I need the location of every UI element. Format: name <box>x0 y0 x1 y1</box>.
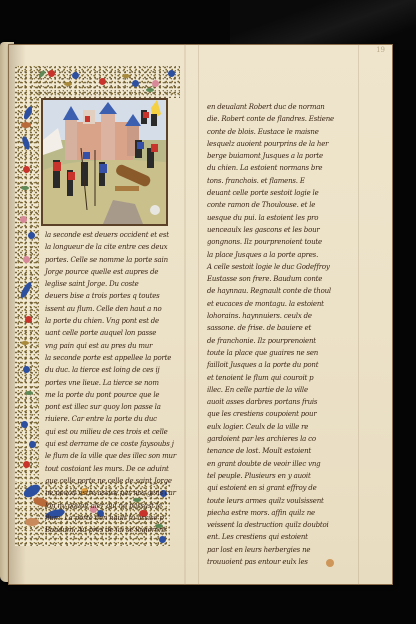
text-line: uant celle porte auquel lon passe <box>45 327 185 339</box>
siege-miniature-illustration <box>41 98 168 226</box>
text-line: en grant doubte de veoir illec vng <box>207 458 349 470</box>
blue-flower-icon <box>132 80 139 87</box>
text-line: par lost en leurs herbergies ne <box>207 544 349 556</box>
text-line: qui est ou milieu de ces trois et celle <box>45 426 185 438</box>
text-line: que les crestiens coupoient pour <box>207 408 349 420</box>
text-line: uesque du pui. la estoient les pro <box>207 212 349 224</box>
text-line: riuiere. Car entre la porte du duc <box>45 413 185 425</box>
text-line: Jorge pource quelle est aupres de <box>45 266 185 278</box>
text-line: la longueur de la cite entre ces deux <box>45 241 185 253</box>
leaf-icon <box>64 82 72 86</box>
text-line: tel peuple. Plusieurs en y auoit <box>207 470 349 482</box>
text-line: eulx logier. Ceulx de la ville re <box>207 421 349 433</box>
blue-flower-icon <box>28 232 35 239</box>
red-flower-icon <box>48 70 55 77</box>
text-line: ent. Les crestiens qui estoient <box>207 531 349 543</box>
text-line: la place Jusques a la porte apres. <box>207 249 349 261</box>
acanthus-icon <box>19 281 33 300</box>
red-flower-icon <box>99 78 106 85</box>
dark-cloth-backdrop <box>230 0 416 50</box>
acanthus-icon <box>21 122 31 128</box>
text-line: du chien. La estoient normans bre <box>207 162 349 174</box>
text-line: die. Robert conte de flandres. Estiene <box>207 113 349 125</box>
text-line: uenceaulx les gascons et les bour <box>207 224 349 236</box>
text-line: tons. franchois. et flamens. E <box>207 175 349 187</box>
text-line: ne pouoit estre assise par nos gens car <box>45 487 185 499</box>
text-line: pont est illec sur quoy lon passe la <box>45 401 185 413</box>
text-line: de franchonie. Ilz pourprenoient <box>207 335 349 347</box>
text-line: le flum de la ville que des illec son mu… <box>45 450 185 462</box>
text-line: issent au flum. Celle den haut a no <box>45 303 185 315</box>
text-line: la seconde porte est appellee la porte <box>45 352 185 364</box>
blue-flower-icon <box>159 536 166 543</box>
red-flower-icon <box>25 316 32 323</box>
pink-flower-icon <box>152 80 159 87</box>
pink-flower-icon <box>20 216 27 223</box>
text-column-left: la seconde est deuers occident et est la… <box>45 229 185 536</box>
text-line: toute leurs armes quilz voulsissent <box>207 495 349 507</box>
text-line: deuant celle porte sestoit logie le <box>207 187 349 199</box>
siege-scene-icon <box>43 100 166 224</box>
blue-flower-icon <box>23 366 30 373</box>
text-line: A celle sestoit logie le duc Godeffroy <box>207 261 349 273</box>
text-line: qui est derrame de ce coste faysoubs j <box>45 438 185 450</box>
blue-flower-icon <box>21 421 28 428</box>
border-top-decoration <box>24 66 180 98</box>
leaf-icon <box>25 391 33 395</box>
text-line: leglise saint Jorge. Du coste <box>45 278 185 290</box>
text-column-right: en deualant Robert duc de norman die. Ro… <box>207 101 349 568</box>
leaf-icon <box>38 70 46 79</box>
text-line: la porte du chien. Vng pont est de <box>45 315 185 327</box>
text-line: conte de blois. Eustace le maisne <box>207 126 349 138</box>
text-line: portes. Celle se nomme la porte sain <box>45 254 185 266</box>
text-line: failloit Jusques a la porte du pont <box>207 359 349 371</box>
text-line: sassone. de frise. de bauiere et <box>207 322 349 334</box>
text-line: la seconde est deuers occident et est <box>45 229 185 241</box>
red-flower-icon <box>23 166 30 173</box>
leaf-icon <box>146 88 154 92</box>
text-line: veissent la destruction quilz doubtoi <box>207 519 349 531</box>
blue-flower-icon <box>168 70 175 77</box>
text-line: deuers bise a trois portes q toutes <box>45 290 185 302</box>
text-line: de haynnau. Regnault conte de thoul <box>207 285 349 297</box>
text-line: gardoient par les archieres la co <box>207 433 349 445</box>
blue-flower-icon <box>72 72 79 79</box>
folio-number: 19 <box>376 46 385 54</box>
text-line: Baudum. Au pres de lui se logierent <box>45 524 185 536</box>
text-line: auoit asses darbres portans fruis <box>207 396 349 408</box>
red-flower-icon <box>23 461 30 468</box>
parchment-stain <box>326 559 334 567</box>
text-line: berge buiamont Jusques a la porte <box>207 150 349 162</box>
text-line: toute la place que guaires ne sen <box>207 347 349 359</box>
leaf-icon <box>21 341 29 345</box>
text-line: du duc. la tierce est loing de ces ij <box>45 364 185 376</box>
ruling-line <box>198 44 199 585</box>
border-left-decoration <box>15 66 39 546</box>
text-line: que celle porte ne celle de saint Jorge <box>45 475 185 487</box>
leaf-icon <box>21 186 29 190</box>
text-line: tout costoiant les murs. De ce aduint <box>45 463 185 475</box>
text-line: me la porte du pont pource que le <box>45 389 185 401</box>
text-line: lohorains. haynnuiers. ceulx de <box>207 310 349 322</box>
text-line: illec. En celle partie de la ville <box>207 384 349 396</box>
text-line: lesquelz auoient pourprins de la her <box>207 138 349 150</box>
manuscript-page: 19 <box>8 44 393 585</box>
text-line: portes vne lieue. La tierce se nom <box>45 377 185 389</box>
ruling-line <box>358 44 359 585</box>
acanthus-icon <box>22 105 33 120</box>
pink-flower-icon <box>23 256 30 263</box>
text-line: qui estoient en si grant effroy de <box>207 482 349 494</box>
text-line: et eucaces de montagu. la estoient <box>207 298 349 310</box>
text-line: en deualant Robert duc de norman <box>207 101 349 113</box>
text-line: et tenoient le flum qui couroit p <box>207 372 349 384</box>
acanthus-icon <box>25 518 39 526</box>
text-line: lon ny pouoit aler qui ne passast le <box>45 500 185 512</box>
text-line: vng pain qui est au pres du mur <box>45 340 185 352</box>
text-line: gongnons. Ilz pourprenoient toute <box>207 236 349 248</box>
text-line: piecha estre mors. affin quilz ne <box>207 507 349 519</box>
leaf-icon <box>122 74 130 78</box>
blue-flower-icon <box>29 441 36 448</box>
text-line: tenance de lost. Moult estoient <box>207 445 349 457</box>
text-line: Eustasse son frere. Baudum conte <box>207 273 349 285</box>
text-line: conte ramon de Thoulouse. et le <box>207 199 349 211</box>
text-line: flum. La porte den hault fu assise p <box>45 512 185 524</box>
acanthus-icon <box>21 135 31 150</box>
